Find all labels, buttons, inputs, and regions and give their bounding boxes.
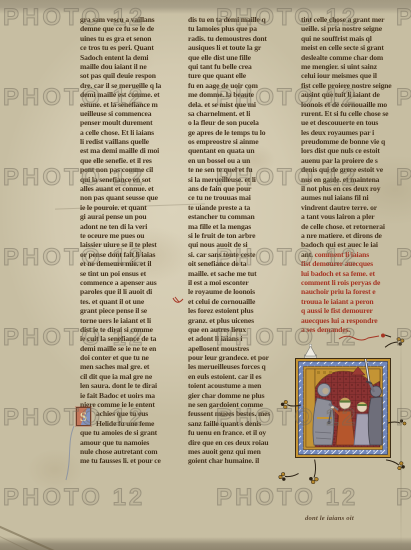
margin-filigree [62,424,80,484]
ivy-leaf-icon [278,398,301,413]
ivy-leaf-icon [383,454,408,474]
watermark-text: PHOTO 12 [396,164,411,192]
vertical-crease [400,330,402,550]
text-line: gi aurai pense un pou [80,212,178,221]
text-line: tes. et quant il ot une [80,297,178,306]
text-line: torne uers le iaiant et li [80,316,178,325]
text-line: laissier uiure se il te plest [80,240,178,249]
text-line: et ne demeure mie. et il [80,259,178,268]
text-line: adont ne ten di la veri [80,222,178,231]
text-line: fu en aage de uoir com [188,81,295,90]
text-line: sot pas quil deuie respon [80,71,178,80]
text-line: ans de fain que pour [188,184,295,193]
text-line: si. car sans toute ceste [188,250,295,259]
text-line: ie fait Badoc et uoirs ma [80,391,178,400]
text-line: dist ie te dirai si comme [80,325,178,334]
text-line: or pense dont fait li iaias [80,250,178,259]
text-line: quentant en quata un [188,146,295,155]
text-line: de celle chose. et retornerai [301,222,398,231]
fold-line [0,524,60,550]
text-line: ausiques li et toute la gr [188,43,295,52]
text-line: vindrent dautre terre. or [301,203,398,212]
text-line: ueille. si pria nostre seigne [301,24,398,33]
text-line: estancher tu comman [188,212,295,221]
text-line: fu uenu en france. et il oy [188,428,295,437]
text-line: alles auant et connue. et [80,184,178,193]
text-line: dre. car il se merueille q la [80,81,178,90]
text-line: preudomme de bonne vie q [301,137,398,146]
text-line: pour leur grandece. et por [188,353,295,362]
text-line: le royaume de loonois [188,287,295,296]
text-line: que en autres lieux [188,325,295,334]
rubric-line: trouua le iaiant a peron [301,297,398,306]
text-line: si le fruit de ton arbre [188,231,295,240]
text-line: li redist vaillans quelle [80,137,178,146]
text-line: penser moult durement [80,118,178,127]
text-line: oit senefiance de ta [188,259,295,268]
text-line: te oceure me pues ou [80,231,178,240]
ivy-leaf-icon [388,417,408,429]
margin-nota-mark [172,295,185,306]
rubric-line-fragment: comment li iaians [315,250,369,259]
fold-line [0,534,37,550]
text-line: apellosent moustres [188,344,295,353]
text-line: demne que ce fu se le de [80,24,178,33]
text-line: nus en gaule. et maintena [301,175,398,184]
text-line: achies que tu eus [80,409,178,418]
text-line: est ma demi maille di moi [80,146,178,155]
text-line: ueilleuse si commencea [80,109,178,118]
text-line: ie le pouroie. et quant [80,203,178,212]
text-line: uines tu es gra et senon [80,34,178,43]
text-column-1: gra sam vescu a vaillansdemne que ce fu … [80,15,178,466]
text-line: amour que tu namoies [80,438,178,447]
text-line: celui iour meismes que il [301,71,398,80]
text-line: ma fille et la mengas [188,222,295,231]
text-line: radis. tu demoustres dont [188,34,295,43]
text-line-fragment: ant. [301,250,315,259]
text-line: len saura. dont le te dirai [80,381,178,390]
text-line: os empreostre si ainme [188,137,295,146]
text-line: granz. et plus uicenes [188,316,295,325]
text-line: niere comme ie le entent [80,400,178,409]
watermark-text: PHOTO 12 [396,484,411,512]
text-line: gra sam vescu a vaillans [80,15,178,24]
text-line: ausint que tuit li iaiant de [301,90,398,99]
text-line: ue et descouuerte en tous [301,118,398,127]
text-line: tu lamoies plus que pa [188,24,295,33]
spire-tower [305,344,317,360]
ivy-leaf-icon [306,459,321,486]
text-line: ie cuit la senefiance de ta [80,334,178,343]
watermark-text: PHOTO 12 [396,84,411,112]
watermark-text: PHOTO 12 [216,484,358,512]
ivy-leaf-icon [276,469,300,485]
text-line: grant piece pense il se [80,306,178,315]
text-line: lors dist que nuls ce estoit [301,146,398,155]
text-line: maille. et sache me tut [188,269,295,278]
text-line: dire que en ces deux roiau [188,438,295,447]
rubric-line: auecques lui a respondre [301,316,398,325]
text-line: demi maille se ie ne te en [80,344,178,353]
text-line: que elle dist une fille [188,53,295,62]
text-line: qui la senefiance en sot [80,175,178,184]
text-line: non pas quant seusse que [80,193,178,202]
text-line: Helide fu une feme [80,419,178,428]
text-line: ture que quant elle [188,71,295,80]
manuscript-page-photo: PHOTO 12PHOTO 12PHOTO 12PHOTO 12PHOTO 12… [0,0,411,550]
illuminated-initial: S [76,407,91,426]
text-line: qui nous auoit de si [188,240,295,249]
text-line: a celle chose. Et li iaians [80,128,178,137]
text-line: et celui de cornouaille [188,297,295,306]
text-line: me tu fausses li. et pour ce [80,456,178,465]
watermark-text: PHOTO 12 [396,244,411,272]
text-line: il est a moi esconter [188,278,295,287]
text-line: pont non pas comme cil [80,165,178,174]
text-line: en un bossel ou a un [188,156,295,165]
text-line: en euls estoient. car il es [188,372,295,381]
text-line: o la fleur de son pucela [188,118,295,127]
text-column-3: tint celle chose a grant merueille. si p… [301,15,398,334]
text-line: les merueilleuses forces q [188,362,295,371]
text-line: sanz faille quant s denis [188,419,295,428]
text-line: te uiande preste a ta [188,203,295,212]
text-line: commence a apenser aus [80,278,178,287]
text-line: se tint un poi ensus et [80,269,178,278]
rubric-line: nauchoir priu la forest e [301,287,398,296]
text-line: dela. et se mist que mi [188,100,295,109]
text-line: mes auoit genz qui men [188,447,295,456]
text-line: que tu amoies de si grant [80,428,178,437]
text-line: te ne sen te quel et fu [188,165,295,174]
text-line: doi conter et que tu ne [80,353,178,362]
text-line: a nre matiere. et dirons de [301,231,398,240]
text-line: aumes nul iaians fil ni [301,193,398,202]
rubric-line: fist demourer auecques [301,259,398,268]
text-line: que elle senefie. et il res [80,156,178,165]
miniature-caption: dont le iaians oit [305,515,354,522]
watermark-text: PHOTO 12 [396,4,411,32]
text-line: ant. comment li iaians [301,250,398,259]
text-line: il not plus en ces deux roy [301,184,398,193]
text-line: fist celle proiere nostre seigne [301,81,398,90]
text-line: cil dit que ia mal gre ne [80,372,178,381]
text-line: meist en celle secte si grant [301,43,398,52]
text-line: auenu par la proiere de s [301,156,398,165]
text-line: qui ne souffrist mais ql [301,34,398,43]
text-line: nule chose autretant com [80,447,178,456]
text-line: maille dou iaiant il ne [80,62,178,71]
text-line: ge apres de le temps tu lo [188,128,295,137]
watermark-text: PHOTO 12 [3,484,145,512]
text-line: dis tu en ta demi maille q [188,15,295,24]
text-line: toient acoustume a men [188,381,295,390]
text-line: men saches mal gre. et [80,362,178,371]
text-line: et adont li iaians i [188,334,295,343]
miniature-illustration [295,337,391,465]
text-line: sa charnelment. et li [188,109,295,118]
text-line: rurent. Et si fu celle chose se [301,109,398,118]
text-line: denis qui de grece estoit ve [301,165,398,174]
text-line: deslealte comme char dom [301,53,398,62]
text-line: ce tros tu es peri. Quant [80,43,178,52]
text-line: loonois et de cornouaille mo [301,100,398,109]
text-line: me domme. la beaute [188,90,295,99]
text-line: estune. et la senefiance m [80,100,178,109]
text-line: les deux royaumes par i [301,128,398,137]
rubric-line: q aussi le fist demourer [301,306,398,315]
text-line: ce tu ne trouuas mai [188,193,295,202]
rubric-line: lui badoch et sa feme. et [301,269,398,278]
text-line: a tant vous lairon a pler [301,212,398,221]
text-line: me mengier. si uint sainz [301,62,398,71]
text-line: paroles que il li auoit di [80,287,178,296]
text-line: goient char humaine. il [188,456,295,465]
rubric-line: comment li rois peryas de [301,278,398,287]
text-line: tint celle chose a grant mer [301,15,398,24]
text-line: les forez estoient plus [188,306,295,315]
text-line: Sadoch entent la demi [80,53,178,62]
text-line: demi maille est comme. et [80,90,178,99]
text-line: qui tant fu belle crea [188,62,295,71]
text-line: si la merueilleuse. et li [188,175,295,184]
text-line: badoch qui est auec le iai [301,240,398,249]
